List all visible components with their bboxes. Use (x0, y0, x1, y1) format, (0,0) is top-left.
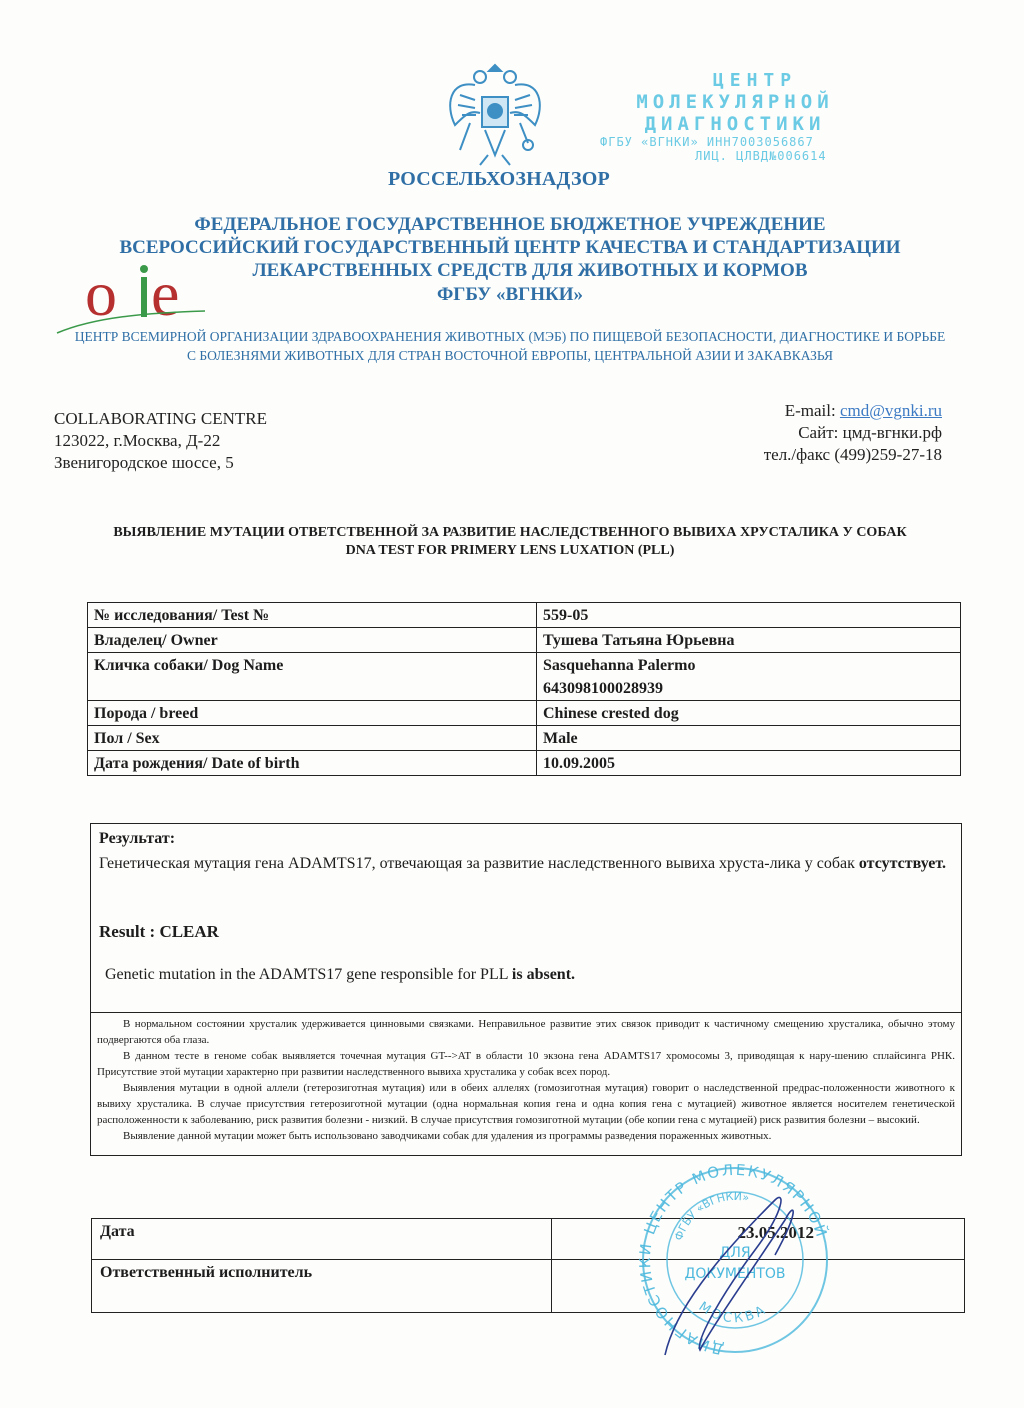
result-en-text: Genetic mutation in the ADAMTS17 gene re… (105, 966, 512, 983)
date-value: 23.05.2012 (552, 1219, 965, 1260)
table-row: Кличка собаки/ Dog NameSasquehanna Paler… (88, 653, 961, 701)
explanation-paragraph: Выявления мутации в одной аллели (гетеро… (91, 1080, 961, 1128)
row-label: Дата рождения/ Date of birth (88, 751, 537, 776)
table-row: Дата рождения/ Date of birth10.09.2005 (88, 751, 961, 776)
table-row: Владелец/ OwnerТушева Татьяна Юрьевна (88, 628, 961, 653)
row-label: № исследования/ Test № (88, 603, 537, 628)
address-line: 123022, г.Москва, Д-22 (54, 430, 267, 452)
result-status: Result : CLEAR (99, 922, 219, 942)
oie-centre-subtitle: ЦЕНТР ВСЕМИРНОЙ ОРГАНИЗАЦИИ ЗДРАВООХРАНЕ… (70, 327, 950, 365)
phone-line: тел./факс (499)259-27-18 (620, 444, 942, 466)
row-label: Порода / breed (88, 701, 537, 726)
row-label: Кличка собаки/ Dog Name (88, 653, 537, 701)
result-box: Результат: Генетическая мутация гена ADA… (90, 823, 962, 1012)
address-block: COLLABORATING CENTRE 123022, г.Москва, Д… (54, 408, 267, 474)
row-label: Пол / Sex (88, 726, 537, 751)
dog-name: Sasquehanna Palermo (543, 654, 954, 677)
chip-number: 643098100028939 (543, 677, 954, 700)
stamp-line: МОЛЕКУЛЯРНОЙ (590, 91, 880, 113)
table-row: Порода / breedChinese crested dog (88, 701, 961, 726)
explanation-paragraph: Выявление данной мутации может быть испо… (91, 1128, 961, 1144)
result-heading: Результат: (99, 830, 175, 848)
row-value: Male (537, 726, 961, 751)
test-title-ru: ВЫЯВЛЕНИЕ МУТАЦИИ ОТВЕТСТВЕННОЙ ЗА РАЗВИ… (40, 524, 980, 542)
result-ru: Генетическая мутация гена ADAMTS17, отве… (99, 852, 954, 876)
address-line: Звенигородское шоссе, 5 (54, 452, 267, 474)
laboratory-stamp: ЦЕНТР МОЛЕКУЛЯРНОЙ ДИАГНОСТИКИ ФГБУ «ВГН… (590, 70, 880, 163)
stamp-line: ФГБУ «ВГНКИ» ИНН7003056867 (590, 135, 880, 149)
explanation-paragraph: В нормальном состоянии хрусталик удержив… (91, 1016, 961, 1048)
site-line: Сайт: цмд-вгнки.рф (620, 422, 942, 444)
row-label: Владелец/ Owner (88, 628, 537, 653)
row-value: 10.09.2005 (537, 751, 961, 776)
result-ru-bold: отсутствует. (859, 855, 946, 872)
svg-text:e: e (151, 258, 179, 329)
date-label: Дата (92, 1219, 552, 1260)
result-ru-text: Генетическая мутация гена ADAMTS17, отве… (99, 855, 859, 872)
row-value: Chinese crested dog (537, 701, 961, 726)
table-row: № исследования/ Test №559-05 (88, 603, 961, 628)
row-value: Тушева Татьяна Юрьевна (537, 628, 961, 653)
explanation-paragraph: В данном тесте в геноме собак выявляется… (91, 1048, 961, 1080)
result-en: Genetic mutation in the ADAMTS17 gene re… (105, 966, 575, 984)
test-title: ВЫЯВЛЕНИЕ МУТАЦИИ ОТВЕТСТВЕННОЙ ЗА РАЗВИ… (40, 524, 980, 560)
table-row: Дата23.05.2012 (92, 1219, 965, 1260)
executor-label: Ответственный исполнитель (92, 1260, 552, 1313)
executor-value (552, 1260, 965, 1313)
table-row: Ответственный исполнитель (92, 1260, 965, 1313)
oie-logo: o e (55, 255, 215, 335)
stamp-line: ДИАГНОСТИКИ (590, 113, 880, 135)
contact-block: E-mail: cmd@vgnki.ru Сайт: цмд-вгнки.рф … (620, 400, 942, 466)
result-en-bold: is absent. (512, 966, 575, 983)
test-info-table: № исследования/ Test №559-05 Владелец/ O… (87, 602, 961, 776)
coat-of-arms-icon (440, 55, 550, 170)
agency-name: РОССЕЛЬХОЗНАДЗОР (388, 168, 618, 191)
stamp-line: ЦЕНТР (590, 70, 880, 91)
stamp-line: ЛИЦ. ЦЛВД№006614 (590, 149, 880, 163)
explanation-box: В нормальном состоянии хрусталик удержив… (90, 1012, 962, 1156)
org-title-line: ФЕДЕРАЛЬНОЕ ГОСУДАРСТВЕННОЕ БЮДЖЕТНОЕ УЧ… (60, 213, 960, 236)
email-link[interactable]: cmd@vgnki.ru (840, 401, 942, 420)
table-row: Пол / SexMale (88, 726, 961, 751)
signature-table: Дата23.05.2012 Ответственный исполнитель (91, 1218, 965, 1313)
row-value: Sasquehanna Palermo643098100028939 (537, 653, 961, 701)
address-line: COLLABORATING CENTRE (54, 408, 267, 430)
email-label: E-mail: (785, 401, 840, 420)
test-title-en: DNA TEST FOR PRIMERY LENS LUXATION (PLL) (40, 542, 980, 560)
row-value: 559-05 (537, 603, 961, 628)
